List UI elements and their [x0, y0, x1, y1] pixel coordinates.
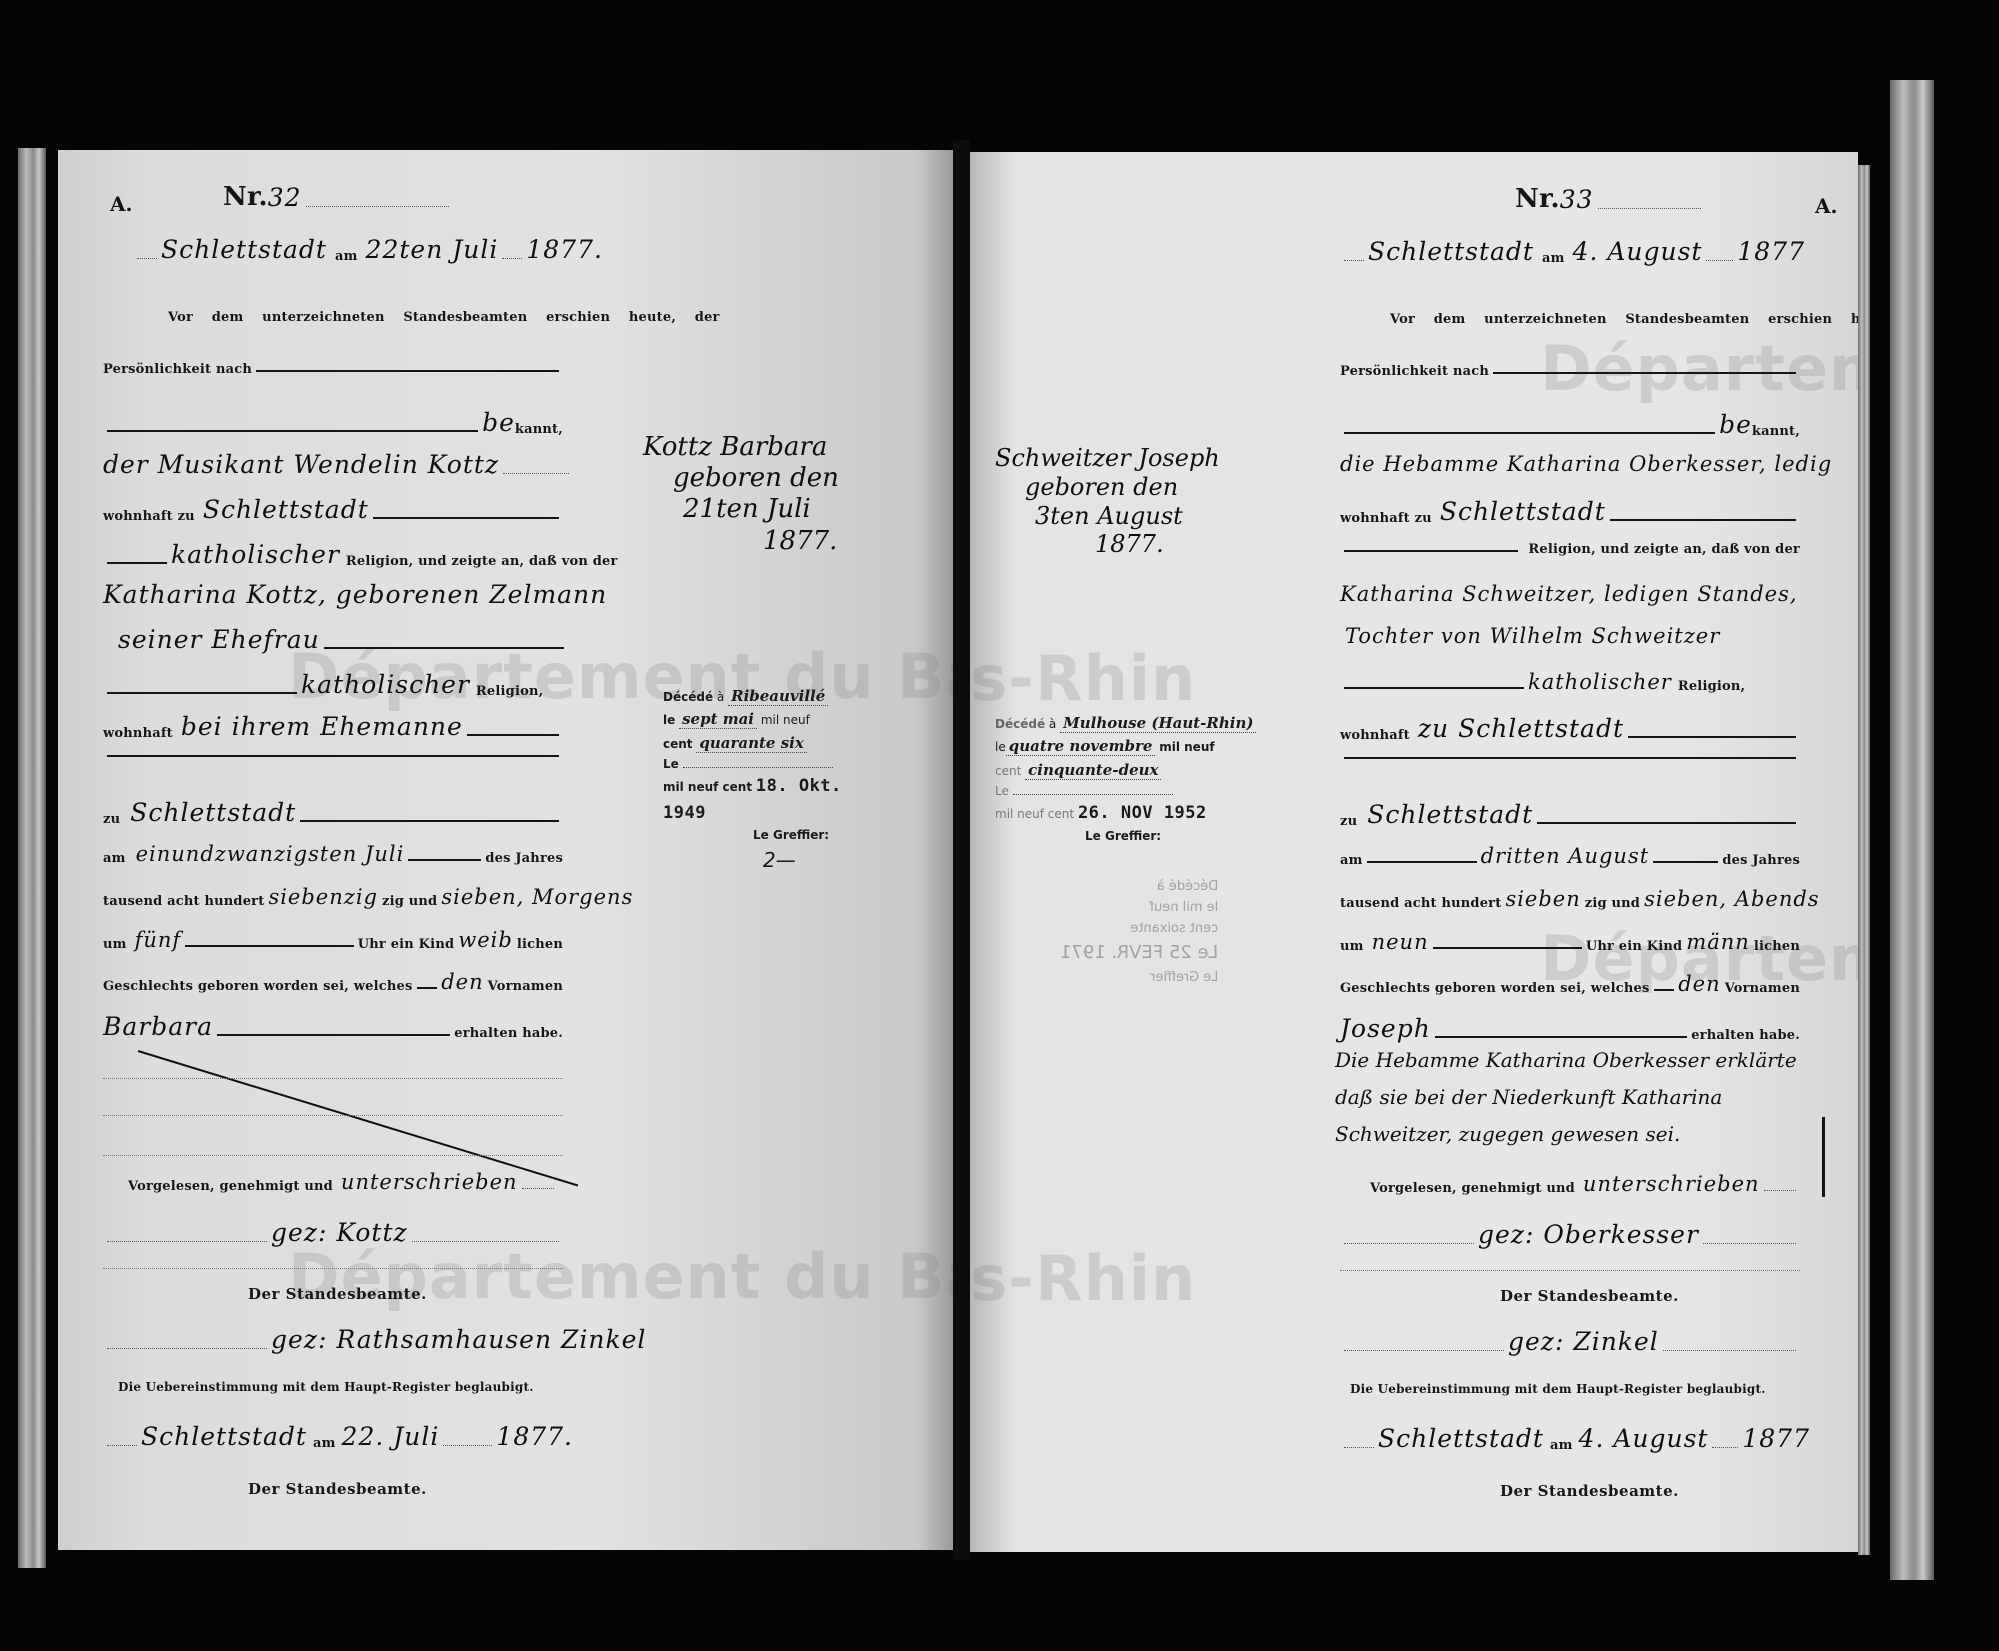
cert-line: Schlettstadt am 22. Juli 1877. — [103, 1422, 573, 1451]
standesbeamte-bottom: Der Standesbeamte. — [248, 1480, 427, 1498]
death-place: Mulhouse (Haut-Rhin) — [1060, 714, 1256, 733]
standesbeamte-heading: Der Standesbeamte. — [248, 1285, 427, 1303]
declarant-line: die Hebamme Katharina Oberkesser, ledig — [1340, 452, 1810, 476]
officer-signature: gez: Zinkel — [1508, 1327, 1659, 1356]
cancel-stroke — [138, 1050, 578, 1186]
given-name-line: Joseph erhalten habe. — [1340, 1014, 1800, 1043]
record-number: Nr. 33 — [1515, 184, 1705, 214]
signature-line: gez: Kottz — [103, 1218, 563, 1247]
place-value: Schlettstadt — [161, 235, 327, 264]
standesbeamte-bottom: Der Standesbeamte. — [1500, 1482, 1679, 1500]
personal-line: Persönlichkeit nach — [103, 362, 563, 377]
zu-line: zu Schlettstadt — [1340, 800, 1800, 829]
residence-line: wohnhaft zu Schlettstadt — [103, 495, 563, 524]
mother-line-2: seiner Ehefrau — [118, 625, 568, 654]
residence-line: wohnhaft zu Schlettstadt — [1340, 497, 1800, 526]
place-date-line: Schlettstadt am 4. August 1877 — [1340, 237, 1805, 266]
bleed-through-stamp: Décédé à le mil neuf cent soixante Le 25… — [1060, 877, 1218, 989]
hour-line: um fünf Uhr ein Kind weib lichen — [103, 928, 563, 952]
birth-date-line: am dritten August des Jahres — [1340, 844, 1800, 868]
book-edge-right-inner — [1858, 165, 1870, 1555]
officer-signature-line: gez: Rathsamhausen Zinkel — [103, 1325, 563, 1354]
record-number-label: Nr. — [223, 182, 268, 212]
death-stamp-right: Décédé à Mulhouse (Haut-Rhin) lequatre n… — [995, 712, 1295, 845]
intro-line: Vor dem unterzeichneten Standesbeamten e… — [168, 310, 558, 325]
known-line: be kannt, — [103, 408, 563, 437]
vorgelesen-line: Vorgelesen, genehmigt und unterschrieben — [128, 1170, 558, 1194]
stamp-date: 26. NOV 1952 — [1078, 803, 1207, 823]
year-line: tausend acht hundert siebenzig zig und s… — [103, 885, 563, 909]
record-number-value: 32 — [268, 183, 302, 212]
signature-line: gez: Oberkesser — [1340, 1220, 1800, 1249]
given-name-line: Barbara erhalten habe. — [103, 1012, 563, 1041]
personal-line: Persönlichkeit nach — [1340, 364, 1800, 379]
margin-note-birth-left: Kottz Barbara geboren den 21ten Juli 187… — [643, 432, 839, 557]
right-page: Département du Bas-Rhin Département du B… — [970, 152, 1858, 1552]
additional-note: Die Hebamme Katharina Oberkesser erklärt… — [1335, 1042, 1797, 1153]
officer-signature: gez: Rathsamhausen Zinkel — [271, 1325, 646, 1354]
uebereinstimmung-line: Die Uebereinstimmung mit dem Haupt-Regis… — [118, 1380, 558, 1394]
religion-line: Religion, und zeigte an, daß von der — [1340, 542, 1800, 557]
mother-religion-line: katholischer Religion, — [103, 670, 563, 699]
mother-line-2: Tochter von Wilhelm Schweitzer — [1345, 624, 1805, 648]
declarant-signature: gez: Oberkesser — [1478, 1220, 1699, 1249]
declarant-line: der Musikant Wendelin Kottz — [103, 450, 573, 479]
vorgelesen-line: Vorgelesen, genehmigt und unterschrieben — [1370, 1172, 1800, 1196]
mother-religion-line: katholischer Religion, — [1340, 670, 1800, 694]
place-date-line: Schlettstadt am 22ten Juli 1877. — [133, 235, 563, 264]
religion-line: katholischer Religion, und zeigte an, da… — [103, 540, 563, 569]
watermark: Département du Bas-Rhin — [970, 642, 1196, 715]
intro-line: Vor dem unterzeichneten Standesbeamten e… — [1390, 312, 1800, 327]
geschlechts-line: Geschlechts geboren worden sei, welches … — [103, 970, 563, 994]
cert-line: Schlettstadt am 4. August 1877 — [1340, 1424, 1810, 1453]
book-edge-left — [18, 148, 46, 1568]
declarant-signature: gez: Kottz — [271, 1218, 408, 1247]
hour-line: um neun Uhr ein Kind männ lichen — [1340, 930, 1800, 954]
left-page: Département du Bas-Rhin Département du B… — [58, 150, 953, 1550]
book-gutter — [953, 140, 970, 1560]
date-value: 22ten Juli — [366, 235, 499, 264]
mother-residence-line: wohnhaft bei ihrem Ehemanne — [103, 712, 563, 741]
known-line: be kannt, — [1340, 410, 1800, 439]
standesbeamte-heading: Der Standesbeamte. — [1500, 1287, 1679, 1305]
margin-note-birth-right: Schweitzer Joseph geboren den 3ten Augus… — [995, 444, 1220, 559]
mother-line-1: Katharina Schweitzer, ledigen Standes, — [1340, 582, 1820, 606]
am-label: am — [335, 249, 358, 264]
mother-residence-line: wohnhaft zu Schlettstadt — [1340, 714, 1800, 743]
declarant-value: die Hebamme Katharina Oberkesser, ledig — [1340, 452, 1832, 476]
year-value: 1877. — [526, 235, 603, 264]
declarant-value: der Musikant Wendelin Kottz — [103, 450, 499, 479]
mother-line-1: Katharina Kottz, geborenen Zelmann — [103, 580, 573, 609]
book-edge-right — [1890, 80, 1934, 1580]
year-line: tausend acht hundert sieben zig und sieb… — [1340, 887, 1800, 911]
death-place: Ribeauvillé — [728, 687, 828, 706]
corner-letter: A. — [1815, 194, 1837, 218]
note-bracket — [1822, 1117, 1825, 1197]
given-name-value: Joseph — [1340, 1014, 1431, 1043]
uebereinstimmung-line: Die Uebereinstimmung mit dem Haupt-Regis… — [1350, 1382, 1790, 1396]
corner-letter: A. — [110, 192, 132, 216]
record-number: Nr. 32 — [223, 182, 453, 212]
birth-date-line: am einundzwanzigsten Juli des Jahres — [103, 842, 563, 866]
officer-signature-line: gez: Zinkel — [1340, 1327, 1800, 1356]
record-number-value: 33 — [1560, 185, 1594, 214]
geschlechts-line: Geschlechts geboren worden sei, welches … — [1340, 972, 1800, 996]
zu-line: zu Schlettstadt — [103, 798, 563, 827]
death-stamp-left: Décédé à Ribeauvillé le sept mai mil neu… — [663, 685, 873, 876]
watermark: Département du Bas-Rhin — [970, 1242, 1196, 1315]
given-name-value: Barbara — [103, 1012, 213, 1041]
